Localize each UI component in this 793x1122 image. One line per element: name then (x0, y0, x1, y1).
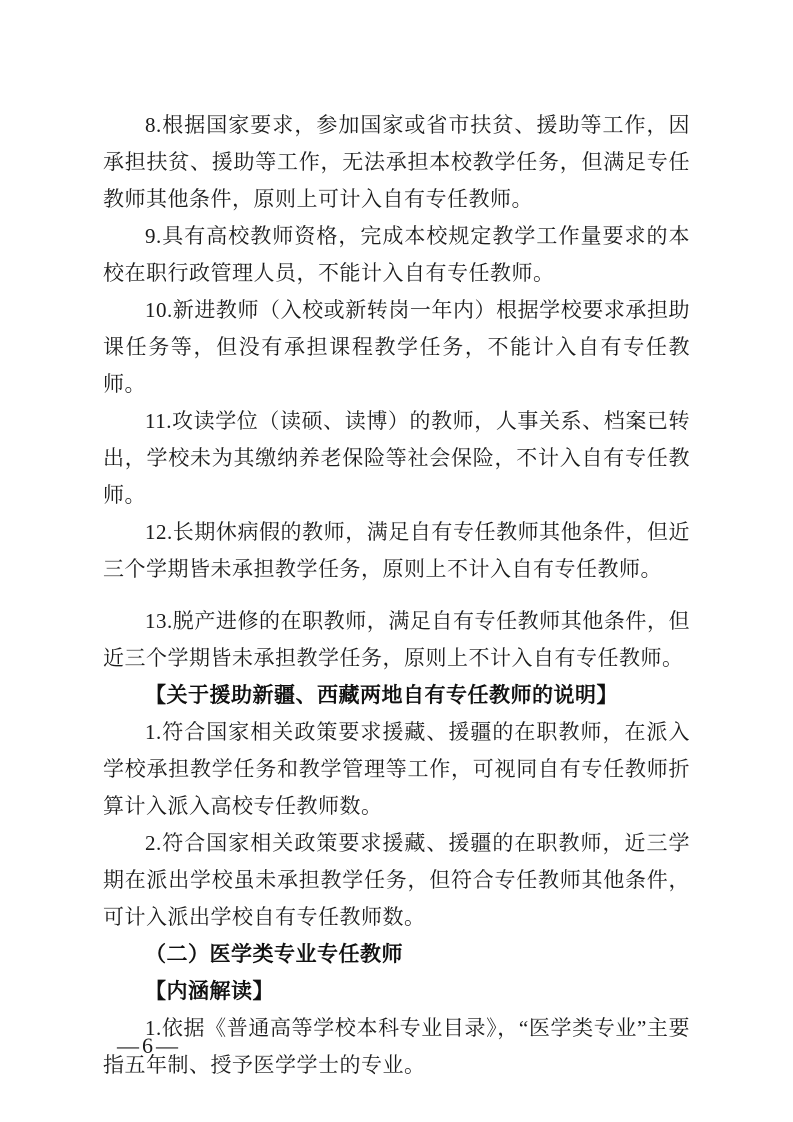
paragraph-medical-1: 1.依据《普通高等学校本科专业目录》，“医学类专业”主要指五年制、授予医学学士的… (103, 1010, 690, 1084)
paragraph-aid-1: 1.符合国家相关政策要求援藏、援疆的在职教师，在派入学校承担教学任务和教学管理等… (103, 714, 690, 825)
paragraph-item-12: 12.长期休病假的教师，满足自有专任教师其他条件，但近三个学期皆未承担教学任务，… (103, 514, 690, 588)
section-heading-connotation: 【内涵解读】 (103, 973, 690, 1010)
paragraph-item-10: 10.新进教师（入校或新转岗一年内）根据学校要求承担助课任务等，但没有承担课程教… (103, 292, 690, 403)
paragraph-item-9: 9.具有高校教师资格，完成本校规定教学工作量要求的本校在职行政管理人员，不能计入… (103, 218, 690, 292)
paragraph-item-13: 13.脱产进修的在职教师，满足自有专任教师其他条件，但近三个学期皆未承担教学任务… (103, 603, 690, 677)
paragraph-item-8: 8.根据国家要求，参加国家或省市扶贫、援助等工作，因承担扶贫、援助等工作，无法承… (103, 107, 690, 218)
paragraph-item-11: 11.攻读学位（读硕、读博）的教师，人事关系、档案已转出，学校未为其缴纳养老保险… (103, 403, 690, 514)
section-heading-xinjiang-tibet-note: 【关于援助新疆、西藏两地自有专任教师的说明】 (103, 677, 690, 714)
section-heading-medical-major-teachers: （二）医学类专业专任教师 (103, 936, 690, 973)
paragraph-aid-2: 2.符合国家相关政策要求援藏、援疆的在职教师，近三学期在派出学校虽未承担教学任务… (103, 825, 690, 936)
page-number: —6— (117, 1034, 181, 1058)
document-body: 8.根据国家要求，参加国家或省市扶贫、援助等工作，因承担扶贫、援助等工作，无法承… (103, 107, 690, 1084)
document-page: 8.根据国家要求，参加国家或省市扶贫、援助等工作，因承担扶贫、援助等工作，无法承… (0, 0, 793, 1122)
